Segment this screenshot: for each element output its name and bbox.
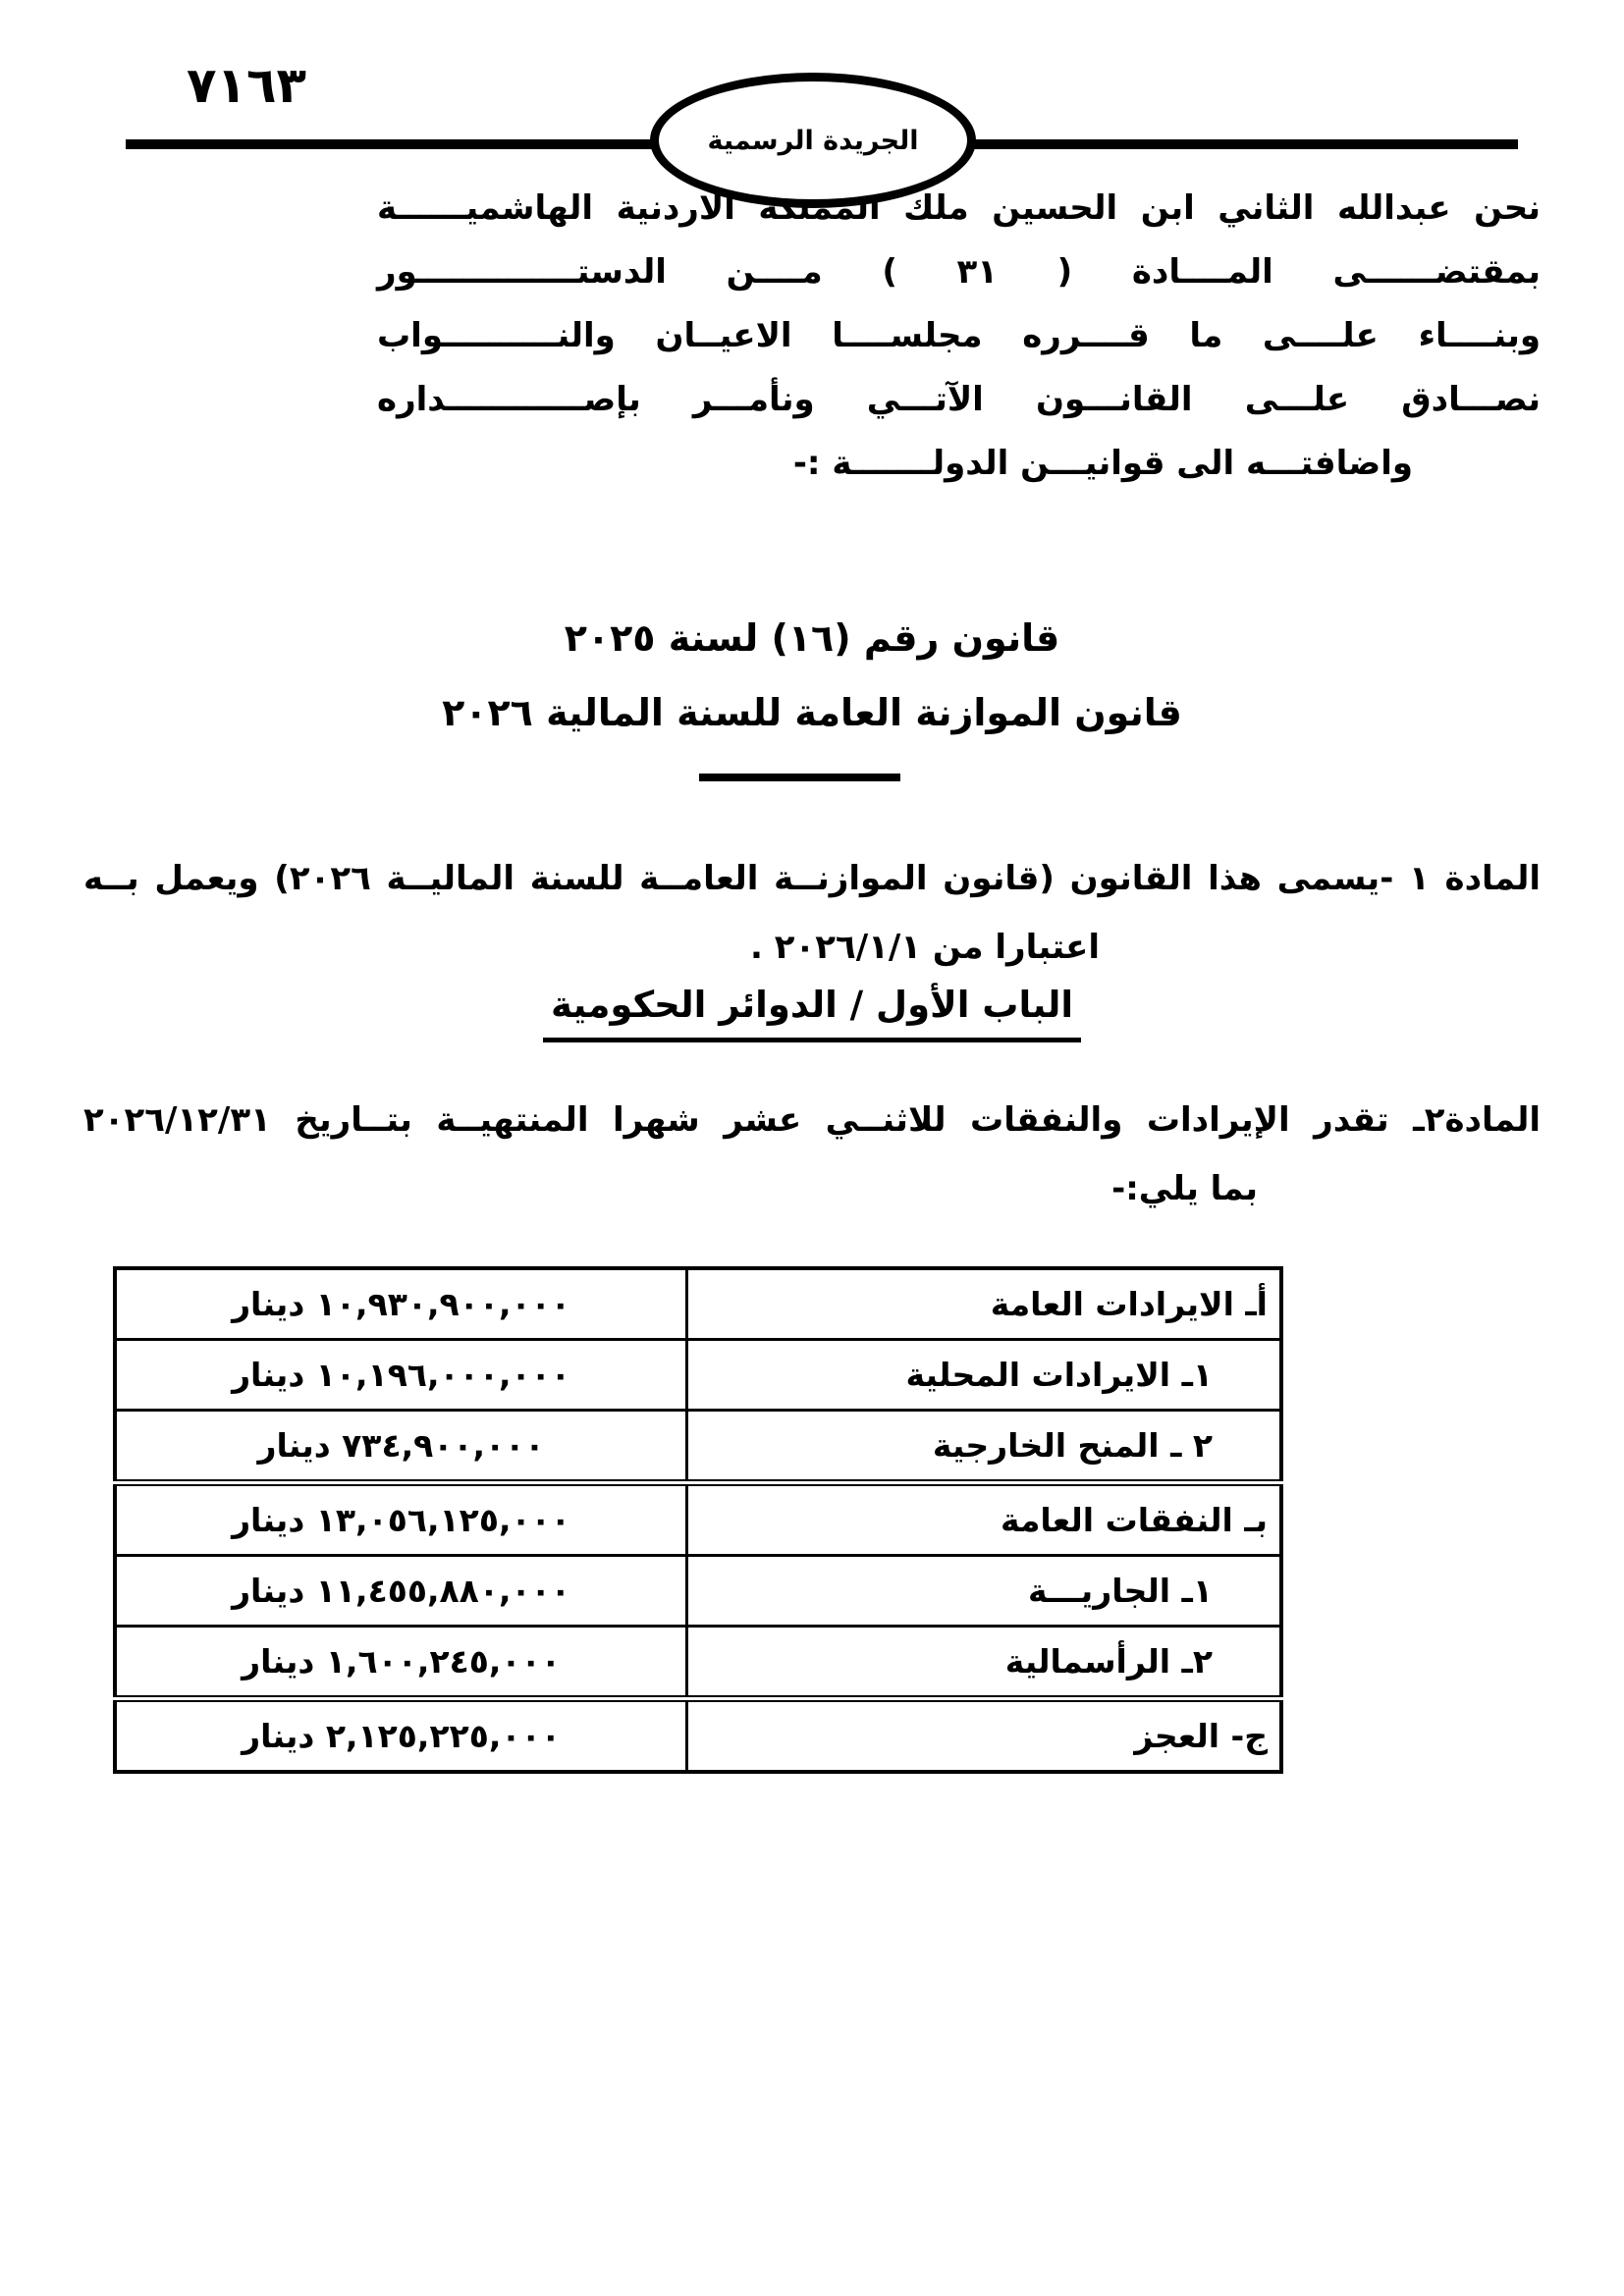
article-2: المادة٢ـ تقدر الإيرادات والنفقات للاثنــ…: [83, 1086, 1541, 1223]
label-cell: أـ الايرادات العامة: [687, 1268, 1282, 1340]
currency-unit: دينار: [232, 1356, 304, 1394]
label-cell: بـ النفقات العامة: [687, 1483, 1282, 1556]
amount-cell: ١١,٤٥٥,٨٨٠,٠٠٠ دينار: [115, 1556, 687, 1627]
amount-value: ١٠,٩٣٠,٩٠٠,٠٠٠: [316, 1285, 570, 1323]
table-row: ٢ـ الرأسمالية ١,٦٠٠,٢٤٥,٠٠٠ دينار: [115, 1627, 1281, 1699]
title-divider-rule: [699, 774, 900, 781]
article-1-date-line: اعتبارا من ٢٠٢٦/١/١ .: [83, 913, 1541, 982]
gazette-seal: الجريدة الرسمية: [650, 73, 976, 208]
article-1-text: المادة ١ -يسمى هذا القانون (قانون المواز…: [83, 844, 1541, 913]
currency-unit: دينار: [242, 1717, 314, 1755]
article-2-text: المادة٢ـ تقدر الإيرادات والنفقات للاثنــ…: [83, 1086, 1541, 1154]
label-cell: ١ـ الجاريـــة: [687, 1556, 1282, 1627]
label-cell: ٢ـ الرأسمالية: [687, 1627, 1282, 1699]
amount-cell: ٧٣٤,٩٠٠,٠٠٠ دينار: [115, 1411, 687, 1483]
preamble-line: وبنــــاء علــــى ما قــــرره مجلســــا …: [377, 304, 1541, 368]
amount-value: ١,٦٠٠,٢٤٥,٠٠٠: [326, 1642, 561, 1681]
label-cell: ١ـ الايرادات المحلية: [687, 1340, 1282, 1411]
amount-value: ٧٣٤,٩٠٠,٠٠٠: [342, 1426, 544, 1465]
article-2-lead-line: بما يلي:-: [83, 1154, 1541, 1223]
table-row: ٢ ـ المنح الخارجية ٧٣٤,٩٠٠,٠٠٠ دينار: [115, 1411, 1281, 1483]
gazette-page: { "colors": { "text": "#000000", "backgr…: [0, 0, 1624, 2296]
gazette-seal-label: الجريدة الرسمية: [708, 126, 919, 156]
amount-value: ٢,١٢٥,٢٢٥,٠٠٠: [326, 1717, 561, 1755]
amount-value: ١٣,٠٥٦,١٢٥,٠٠٠: [316, 1501, 570, 1539]
amount-cell: ١٠,١٩٦,٠٠٠,٠٠٠ دينار: [115, 1340, 687, 1411]
chapter-heading: الباب الأول / الدوائر الحكومية: [83, 984, 1541, 1042]
label-cell: ج- العجز: [687, 1699, 1282, 1773]
amount-cell: ١,٦٠٠,٢٤٥,٠٠٠ دينار: [115, 1627, 687, 1699]
article-1: المادة ١ -يسمى هذا القانون (قانون المواز…: [83, 844, 1541, 982]
amount-value: ١٠,١٩٦,٠٠٠,٠٠٠: [316, 1356, 570, 1394]
law-title-number: قانون رقم (١٦) لسنة ٢٠٢٥: [83, 601, 1541, 675]
amount-value: ١١,٤٥٥,٨٨٠,٠٠٠: [316, 1572, 570, 1610]
table-row: ج- العجز ٢,١٢٥,٢٢٥,٠٠٠ دينار: [115, 1699, 1281, 1773]
preamble-line: نحن عبدالله الثاني ابن الحسين ملك المملك…: [377, 177, 1541, 240]
chapter-heading-text: الباب الأول / الدوائر الحكومية: [543, 984, 1081, 1042]
preamble-line: بمقتضــــــى المــــادة ( ٣١ ) مــــن ال…: [377, 240, 1541, 304]
amount-cell: ١٠,٩٣٠,٩٠٠,٠٠٠ دينار: [115, 1268, 687, 1340]
royal-preamble: نحن عبدالله الثاني ابن الحسين ملك المملك…: [377, 177, 1541, 496]
preamble-line: نصـــادق علـــى القانـــون الآتـــي ونأم…: [377, 368, 1541, 432]
currency-unit: دينار: [242, 1642, 314, 1681]
page-number: ٧١٦٣: [187, 57, 306, 114]
table-row: ١ـ الايرادات المحلية ١٠,١٩٦,٠٠٠,٠٠٠ دينا…: [115, 1340, 1281, 1411]
label-cell: ٢ ـ المنح الخارجية: [687, 1411, 1282, 1483]
currency-unit: دينار: [257, 1426, 330, 1465]
currency-unit: دينار: [232, 1501, 304, 1539]
amount-cell: ١٣,٠٥٦,١٢٥,٠٠٠ دينار: [115, 1483, 687, 1556]
table-row: ١ـ الجاريـــة ١١,٤٥٥,٨٨٠,٠٠٠ دينار: [115, 1556, 1281, 1627]
budget-table: أـ الايرادات العامة ١٠,٩٣٠,٩٠٠,٠٠٠ دينار…: [113, 1266, 1283, 1774]
law-title-name: قانون الموازنة العامة للسنة المالية ٢٠٢٦: [83, 675, 1541, 750]
currency-unit: دينار: [232, 1572, 304, 1610]
table-row: بـ النفقات العامة ١٣,٠٥٦,١٢٥,٠٠٠ دينار: [115, 1483, 1281, 1556]
preamble-line: واضافتـــه الى قوانيـــن الدولـــــــة :…: [377, 432, 1541, 496]
table-row: أـ الايرادات العامة ١٠,٩٣٠,٩٠٠,٠٠٠ دينار: [115, 1268, 1281, 1340]
currency-unit: دينار: [232, 1285, 304, 1323]
law-title: قانون رقم (١٦) لسنة ٢٠٢٥ قانون الموازنة …: [83, 601, 1541, 750]
amount-cell: ٢,١٢٥,٢٢٥,٠٠٠ دينار: [115, 1699, 687, 1773]
